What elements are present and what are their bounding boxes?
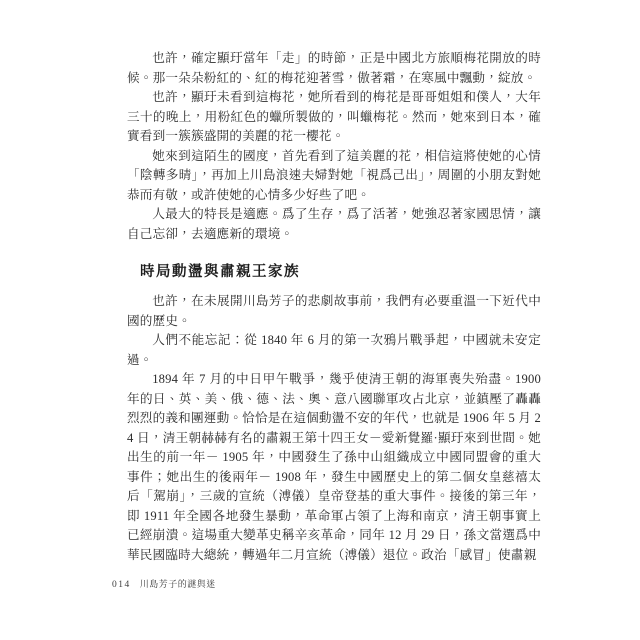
paragraph: 1894 年 7 月的中日甲午戰爭，幾乎使清王朝的海軍喪失殆盡。1900 年的日… bbox=[127, 370, 541, 565]
paragraph: 人們不能忘記：從 1840 年 6 月的第一次鴉片戰爭起，中國就未安定過。 bbox=[127, 331, 541, 370]
paragraph: 也許，在未展開川島芳子的悲劇故事前，我們有必要重溫一下近代中國的歷史。 bbox=[127, 292, 541, 331]
paragraph: 她來到這陌生的國度，首先看到了這美麗的花，相信這將使她的心情「陰轉多晴」，再加上… bbox=[127, 147, 541, 206]
book-page: 也許，確定顯玗當年「走」的時節，正是中國北方旅順梅花開放的時候。那一朵朵粉紅的、… bbox=[0, 0, 640, 640]
page-number: 014 bbox=[112, 580, 131, 590]
paragraph: 也許，顯玗未看到這梅花，她所看到的梅花是哥哥姐姐和僕人，大年三十的晚上，用粉紅色… bbox=[127, 88, 541, 147]
running-title: 川島芳子的謎與迷 bbox=[140, 577, 216, 590]
paragraph: 也許，確定顯玗當年「走」的時節，正是中國北方旅順梅花開放的時候。那一朵朵粉紅的、… bbox=[127, 49, 541, 88]
section-heading: 時局動盪與肅親王家族 bbox=[140, 262, 541, 282]
body-text: 也許，確定顯玗當年「走」的時節，正是中國北方旅順梅花開放的時候。那一朵朵粉紅的、… bbox=[127, 49, 541, 565]
page-footer: 014 川島芳子的謎與迷 bbox=[112, 577, 216, 590]
paragraph: 人最大的特長是適應。爲了生存，爲了活著，她強忍著家國思情，讓自己忘卻，去適應新的… bbox=[127, 205, 541, 244]
